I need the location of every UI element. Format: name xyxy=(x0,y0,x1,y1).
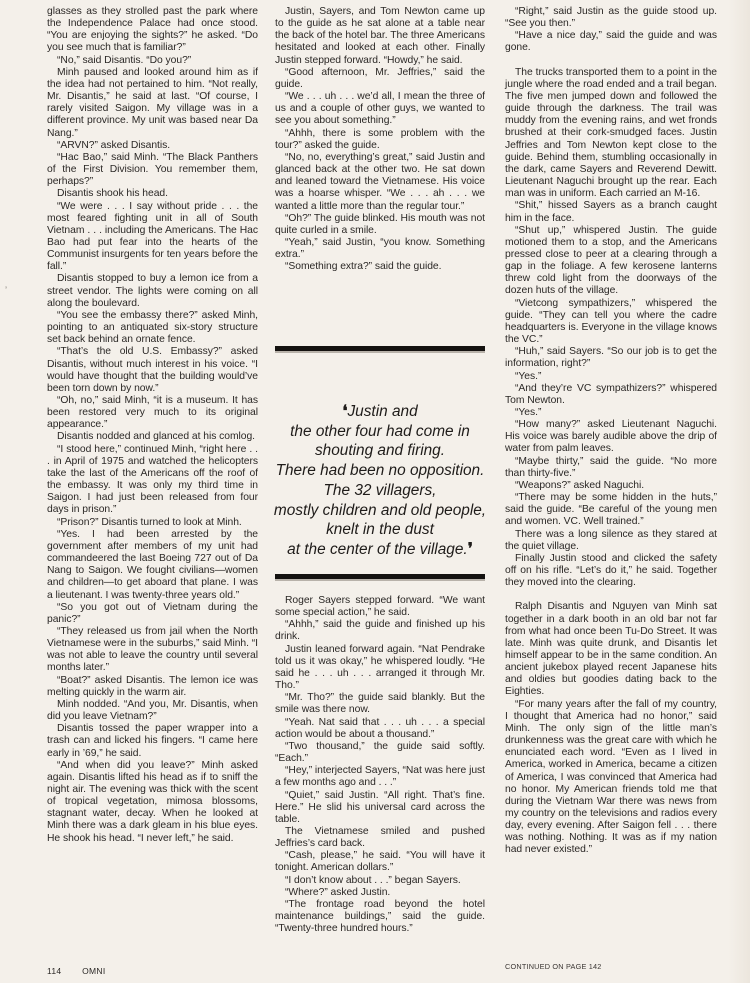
paragraph: Roger Sayers stepped forward. “We want s… xyxy=(275,595,485,619)
paragraph: “Hac Bao,” said Minh. “The Black Panther… xyxy=(47,152,258,188)
page-edge-shadow xyxy=(728,0,750,983)
paragraph: Disantis shook his head. xyxy=(47,188,258,200)
paragraph: “And when did you leave?” Minh asked aga… xyxy=(47,760,258,845)
pull-quote-line: There had been no opposition. xyxy=(267,461,493,481)
paragraph: “We were . . . I say without pride . . .… xyxy=(47,201,258,274)
column-3: “Right,” said Justin as the guide stood … xyxy=(505,6,717,857)
paragraph: “Boat?” asked Disantis. The lemon ice wa… xyxy=(47,675,258,699)
paragraph: “Weapons?” asked Naguchi. xyxy=(505,480,717,492)
section-start-paragraph: The trucks transported them to a point i… xyxy=(505,67,717,201)
paragraph: “No,” said Disantis. “Do you?” xyxy=(47,55,258,67)
paragraph: Disantis tossed the paper wrapper into a… xyxy=(47,723,258,759)
paragraph: “Shut up,” whispered Justin. The guide m… xyxy=(505,225,717,298)
page-folio: 114 OMNI xyxy=(47,966,124,976)
magazine-name: OMNI xyxy=(82,966,105,976)
paragraph: “Two thousand,” the guide said softly. “… xyxy=(275,741,485,765)
paragraph: “Shit,” hissed Sayers as a branch caught… xyxy=(505,200,717,224)
paragraph: “Oh?” The guide blinked. His mouth was n… xyxy=(275,213,485,237)
paragraph: Finally Justin stood and clicked the saf… xyxy=(505,553,717,589)
page-number: 114 xyxy=(47,966,61,976)
paragraph: “Quiet,” said Justin. “All right. That’s… xyxy=(275,790,485,826)
paragraph: “They released us from jail when the Nor… xyxy=(47,626,258,675)
pull-quote-line: knelt in the dust xyxy=(267,520,493,540)
continued-on-link: CONTINUED ON PAGE 142 xyxy=(505,962,602,971)
paragraph: Disantis nodded and glanced at his comlo… xyxy=(47,431,258,443)
paragraph: “Hey,” interjected Sayers, “Nat was here… xyxy=(275,765,485,789)
pull-quote-line: at the center of the village. xyxy=(287,541,468,558)
paragraph: “So you got out of Vietnam during the pa… xyxy=(47,602,258,626)
paragraph: “Yeah. Nat said that . . . uh . . . a sp… xyxy=(275,717,485,741)
paragraph: “Ahhh,” said the guide and finished up h… xyxy=(275,619,485,643)
paragraph: “Yes.” xyxy=(505,371,717,383)
paragraph: “Prison?” Disantis turned to look at Min… xyxy=(47,517,258,529)
paragraph: “ARVN?” asked Disantis. xyxy=(47,140,258,152)
pull-quote-bottom-rule xyxy=(275,574,485,579)
paragraph: “Good afternoon, Mr. Jeffries,” said the… xyxy=(275,67,485,91)
paragraph: “Yeah,” said Justin, “you know. Somethin… xyxy=(275,237,485,261)
column-2-top: Justin, Sayers, and Tom Newton came up t… xyxy=(275,6,485,273)
paragraph: “How many?” asked Lieutenant Naguchi. Hi… xyxy=(505,419,717,455)
paragraph: “I don’t know about . . .” began Sayers. xyxy=(275,875,485,887)
paragraph: “Huh,” said Sayers. “So our job is to ge… xyxy=(505,346,717,370)
paragraph: “There may be some hidden in the huts,” … xyxy=(505,492,717,528)
pull-quote: ❛Justin and the other four had come in s… xyxy=(275,344,485,584)
magazine-page: ’ glasses as they strolled past the park… xyxy=(0,0,750,983)
paragraph: “I stood here,” continued Minh, “right h… xyxy=(47,444,258,517)
paragraph: “Yes. I had been arrested by the governm… xyxy=(47,529,258,602)
column-2-bottom: Roger Sayers stepped forward. “We want s… xyxy=(275,595,485,935)
pull-quote-line: shouting and firing. xyxy=(267,441,493,461)
paragraph: Justin leaned forward again. “Nat Pendra… xyxy=(275,644,485,693)
paragraph: “Oh, no,” said Minh, “it is a museum. It… xyxy=(47,395,258,431)
section-start-paragraph: Ralph Disantis and Nguyen van Minh sat t… xyxy=(505,601,717,698)
paragraph: “We . . . uh . . . we’d all, I mean the … xyxy=(275,91,485,127)
paragraph: Disantis stopped to buy a lemon ice from… xyxy=(47,273,258,309)
paragraph: “Ahhh, there is some problem with the to… xyxy=(275,128,485,152)
margin-mark: ’ xyxy=(5,285,7,295)
paragraph: The Vietnamese smiled and pushed Jeffrie… xyxy=(275,826,485,850)
pull-quote-line: mostly children and old people, xyxy=(267,501,493,521)
close-quote-icon: ❜ xyxy=(468,541,473,558)
paragraph: “Vietcong sympathizers,” whispered the g… xyxy=(505,298,717,347)
paragraph: “Where?” asked Justin. xyxy=(275,887,485,899)
pull-quote-text: ❛Justin and the other four had come in s… xyxy=(267,402,493,560)
paragraph: “No, no, everything’s great,” said Justi… xyxy=(275,152,485,213)
paragraph: “Something extra?” said the guide. xyxy=(275,261,485,273)
paragraph: “Right,” said Justin as the guide stood … xyxy=(505,6,717,30)
column-1: glasses as they strolled past the park w… xyxy=(47,6,258,845)
paragraph: “Cash, please,” he said. “You will have … xyxy=(275,850,485,874)
paragraph: “Maybe thirty,” said the guide. “No more… xyxy=(505,456,717,480)
paragraph: Justin, Sayers, and Tom Newton came up t… xyxy=(275,6,485,67)
paragraph: “For many years after the fall of my cou… xyxy=(505,699,717,857)
paragraph: “You see the embassy there?” asked Minh,… xyxy=(47,310,258,346)
pull-quote-line: Justin and xyxy=(347,403,417,420)
pull-quote-line: the other four had come in xyxy=(267,422,493,442)
paragraph: Minh paused and looked around him as if … xyxy=(47,67,258,140)
paragraph: “Have a nice day,” said the guide and wa… xyxy=(505,30,717,54)
paragraph: glasses as they strolled past the park w… xyxy=(47,6,258,55)
paragraph: “The frontage road beyond the hotel main… xyxy=(275,899,485,935)
pull-quote-line: The 32 villagers, xyxy=(267,481,493,501)
pull-quote-top-rule xyxy=(275,346,485,351)
paragraph: “And they’re VC sympathizers?” whispered… xyxy=(505,383,717,407)
paragraph: “Yes.” xyxy=(505,407,717,419)
paragraph: Minh nodded. “And you, Mr. Disantis, whe… xyxy=(47,699,258,723)
paragraph: “Mr. Tho?” the guide said blankly. But t… xyxy=(275,692,485,716)
paragraph: There was a long silence as they stared … xyxy=(505,529,717,553)
paragraph: “That’s the old U.S. Embassy?” asked Dis… xyxy=(47,346,258,395)
